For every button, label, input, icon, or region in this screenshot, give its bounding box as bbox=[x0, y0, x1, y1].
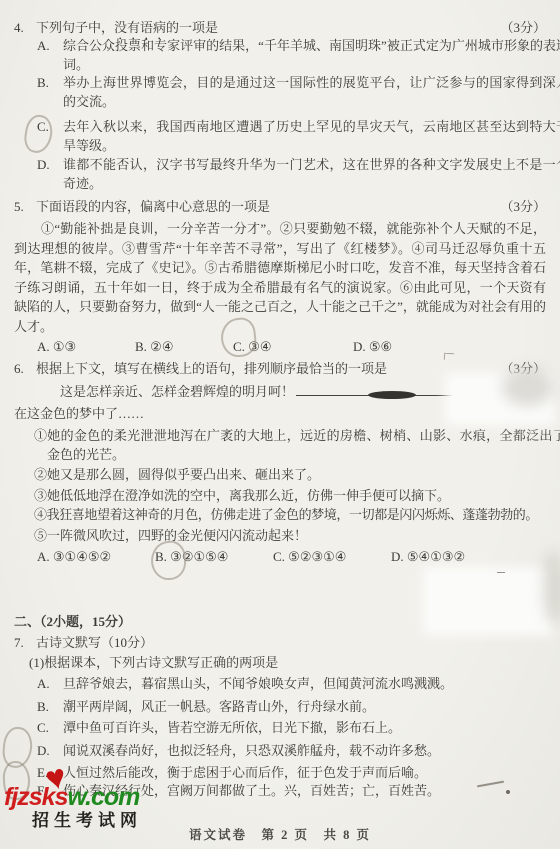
q7-option-e: E. 人恒过然后能改，衡于虑困于心而后作，征于色发于声而后喻。 bbox=[14, 763, 560, 782]
q6-number: 6. bbox=[14, 359, 36, 378]
q4-score: （3分） bbox=[500, 18, 546, 37]
pencil-circle-q6-b bbox=[149, 540, 187, 582]
q4-stem-emphasis: 没有语病 bbox=[114, 20, 166, 35]
q4-option-b: B. 举办上海世界博览会，目的是通过这一国际性的展览平台，让广泛参与的国家得到深… bbox=[14, 73, 560, 113]
q4-option-b-text: 举办上海世界博览会，目的是通过这一国际性的展览平台，让广泛参与的国家得到深入的交… bbox=[63, 73, 560, 111]
q6-choices-row: A. ③①④⑤② B. ③②①⑤④ C. ⑤②③①④ D. ⑤④①③② bbox=[14, 547, 560, 566]
q7-option-b-text: 潮平两岸阔，风正一帆悬。客路青山外，行舟绿水前。 bbox=[63, 697, 560, 716]
q7-option-c-label: C. bbox=[37, 718, 63, 737]
pencil-dot-f bbox=[506, 790, 510, 794]
q6-stem: 根据上下文，填写在横线上的语句，排列顺序最恰当的一项是 bbox=[36, 359, 387, 378]
q4-option-b-label: B. bbox=[37, 73, 63, 92]
ink-blot bbox=[368, 391, 416, 399]
watermark-domain: fjzsksw.com bbox=[4, 788, 139, 807]
q7-sub-question: (1)根据课本，下列古诗文默写正确的两项是 bbox=[14, 653, 560, 672]
q4-option-c-text: 去年入秋以来，我国西南地区遭遇了历史上罕见的旱灾天气，云南地区甚至达到特大干旱等… bbox=[63, 117, 560, 155]
q5-choice-a: A. ①③ bbox=[37, 337, 135, 356]
q7-option-b: B. 潮平两岸阔，风正一帆悬。客路青山外，行舟绿水前。 bbox=[14, 697, 560, 716]
watermark-domain-green: w.com bbox=[67, 783, 139, 811]
scan-smudge bbox=[543, 552, 560, 624]
q7-option-d-text: 闻说双溪春尚好，也拟泛轻舟，只恐双溪舴艋舟，载不动许多愁。 bbox=[63, 741, 560, 760]
q4-option-c: C. 去年入秋以来，我国西南地区遭遇了历史上罕见的旱灾天气，云南地区甚至达到特大… bbox=[14, 117, 560, 157]
q4-option-d: D. 谁都不能否认，汉字书写最终升华为一门艺术，这在世界的各种文字发展史上不是一… bbox=[14, 155, 560, 195]
q6-sentence-3: ③她低低地浮在澄净如洗的空中，离我那么近，仿佛一伸手便可以摘下。 bbox=[14, 487, 560, 506]
q6-sentence-5: ⑤一阵微风吹过，四野的金光便闪闪流动起来！ bbox=[14, 527, 560, 546]
q7-stem-row: 7. 古诗文默写（10分） bbox=[14, 633, 546, 652]
scan-white-patch bbox=[430, 574, 546, 628]
q6-choice-c: C. ⑤②③①④ bbox=[273, 547, 391, 566]
q4-option-d-label: D. bbox=[37, 155, 63, 174]
q4-option-a-text: 综合公众投票和专家评审的结果，“千年羊城、南国明珠”被正式定为广州城市形象的表述… bbox=[63, 36, 560, 74]
q5-score: （3分） bbox=[500, 197, 546, 216]
q7-option-a: A. 旦辞爷娘去，暮宿黑山头，不闻爷娘唤女声，但闻黄河流水鸣溅溅。 bbox=[14, 674, 560, 693]
q5-stem-row: 5. 下面语段的内容，偏离中心意思的一项是 （3分） bbox=[14, 197, 546, 216]
q7-title: 古诗文默写（10分） bbox=[36, 633, 153, 652]
q6-sentence-1: ①她的金色的柔光泄泄地泻在广袤的大地上，远近的房檐、树梢、山影、水痕，全都泛出了… bbox=[14, 427, 560, 465]
exam-paper-page: 4. 下列句子中，没有语病的一项是 （3分） A. 综合公众投票和专家评审的结果… bbox=[0, 0, 560, 849]
q7-option-e-text: 人恒过然后能改，衡于虑困于心而后作，征于色发于声而后喻。 bbox=[63, 763, 560, 782]
q6-choice-a: A. ③①④⑤② bbox=[37, 547, 155, 566]
q7-option-c-text: 潭中鱼可百许头，皆若空游无所依，日光下撤，影布石上。 bbox=[63, 718, 560, 737]
q4-option-a: A. 综合公众投票和专家评审的结果，“千年羊城、南国明珠”被正式定为广州城市形象… bbox=[14, 36, 560, 76]
q7-option-d-label: D. bbox=[37, 741, 63, 760]
watermark-site-name: 招生考试网 bbox=[32, 812, 142, 831]
q5-stem: 下面语段的内容，偏离中心意思的一项是 bbox=[36, 197, 270, 216]
watermark-domain-red: fjzsks bbox=[4, 783, 67, 811]
scan-smudge bbox=[502, 368, 554, 406]
q6-stem-row: 6. 根据上下文，填写在横线上的语句，排列顺序最恰当的一项是 （3分） bbox=[14, 359, 546, 378]
q5-choice-d: D. ⑤⑥ bbox=[353, 337, 392, 356]
pencil-tick-q6-score bbox=[444, 353, 454, 361]
q6-sentence-2: ②她又是那么圆，圆得似乎要凸出来、砸出来了。 bbox=[14, 466, 560, 485]
q4-number: 4. bbox=[14, 18, 36, 37]
q7-option-a-text: 旦辞爷娘去，暮宿黑山头，不闻爷娘唤女声，但闻黄河流水鸣溅溅。 bbox=[63, 674, 560, 693]
q5-choice-b: B. ②④ bbox=[135, 337, 233, 356]
q6-choice-d: D. ⑤④①③② bbox=[391, 547, 465, 566]
q7-option-d: D. 闻说双溪春尚好，也拟泛轻舟，只恐双溪舴艋舟，载不动许多愁。 bbox=[14, 741, 560, 760]
q7-option-a-label: A. bbox=[37, 674, 63, 693]
q5-number: 5. bbox=[14, 197, 36, 216]
q7-number: 7. bbox=[14, 633, 36, 652]
q4-option-a-label: A. bbox=[37, 36, 63, 55]
q4-option-d-text: 谁都不能否认，汉字书写最终升华为一门艺术，这在世界的各种文字发展史上不是一个奇迹… bbox=[63, 155, 560, 193]
pencil-dash bbox=[497, 572, 505, 573]
q5-passage: ①“勤能补拙是良训，一分辛苦一分才”。②只要勤勉不辍，就能弥补个人天赋的不足，到… bbox=[14, 219, 546, 337]
q6-sentence-4: ④我狂喜地望着这神奇的月色，仿佛走进了金色的梦境，一切都是闪闪烁烁、蓬蓬勃勃的。 bbox=[14, 506, 560, 525]
q7-option-b-label: B. bbox=[37, 697, 63, 716]
q7-option-c: C. 潭中鱼可百许头，皆若空游无所依，日光下撤，影布石上。 bbox=[14, 718, 560, 737]
q5-choices-row: A. ①③ B. ②④ C. ③④ D. ⑤⑥ bbox=[14, 337, 560, 356]
q6-intro-before: 这是怎样亲近、怎样金碧辉煌的明月呵！ bbox=[60, 384, 294, 399]
